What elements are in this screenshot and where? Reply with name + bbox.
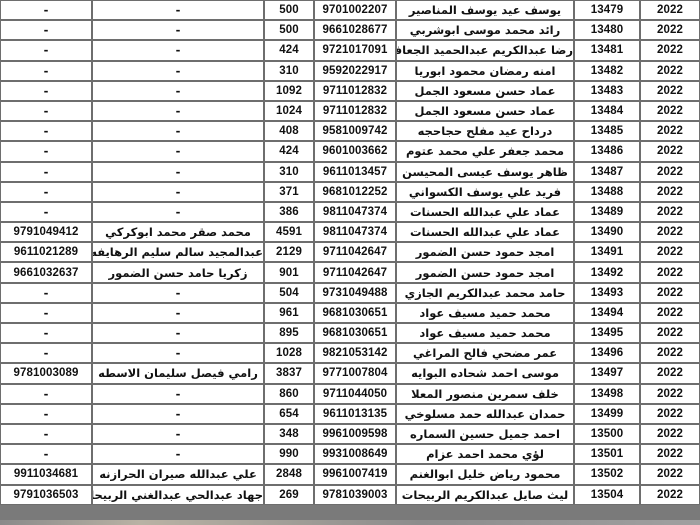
- amount-cell: 504: [264, 283, 314, 303]
- amount-cell: 310: [264, 61, 314, 81]
- table-row: --8959681030651محمد حميد مسيف عواد134952…: [0, 323, 700, 343]
- partner-national-id-cell: -: [0, 121, 92, 141]
- table-row: --3719681012252فريد علي يوسف الكسواني134…: [0, 182, 700, 202]
- year-cell: 2022: [640, 283, 700, 303]
- year-cell: 2022: [640, 222, 700, 242]
- name-cell: ليث صايل عبدالكريم الربيحات: [396, 485, 574, 505]
- amount-cell: 3837: [264, 363, 314, 383]
- table-row: --8609711044050خلف سمرين منصور المعلا134…: [0, 384, 700, 404]
- name-cell: حامد محمد عبدالكريم الجازي: [396, 283, 574, 303]
- serial-number-cell: 13494: [574, 303, 640, 323]
- table-row: 9911034681علي عبدالله صيران الحرازنه2848…: [0, 464, 700, 484]
- name-cell: محمد حميد مسيف عواد: [396, 323, 574, 343]
- partner-name-cell: -: [92, 61, 264, 81]
- partner-national-id-cell: -: [0, 141, 92, 161]
- table-body: --5009701002207يوسف عيد يوسف المناصير134…: [0, 0, 700, 505]
- amount-cell: 961: [264, 303, 314, 323]
- table-row: --4249601003662محمد جعفر علي محمد عتوم13…: [0, 141, 700, 161]
- name-cell: امنه رمضان محمود ابوريا: [396, 61, 574, 81]
- amount-cell: 1092: [264, 81, 314, 101]
- partner-name-cell: -: [92, 162, 264, 182]
- year-cell: 2022: [640, 444, 700, 464]
- serial-number-cell: 13486: [574, 141, 640, 161]
- partner-national-id-cell: -: [0, 303, 92, 323]
- serial-number-cell: 13481: [574, 40, 640, 60]
- national-id-cell: 9611013457: [314, 162, 396, 182]
- national-id-cell: 9711042647: [314, 242, 396, 262]
- amount-cell: 860: [264, 384, 314, 404]
- name-cell: رضا عبدالكريم عبدالحميد الجعافره: [396, 40, 574, 60]
- partner-national-id-cell: -: [0, 444, 92, 464]
- partner-name-cell: جهاد عبدالحي عبدالغني الربيحات: [92, 485, 264, 505]
- table-row: --9909931008649لؤي محمد احمد عزام1350120…: [0, 444, 700, 464]
- serial-number-cell: 13482: [574, 61, 640, 81]
- serial-number-cell: 13504: [574, 485, 640, 505]
- year-cell: 2022: [640, 363, 700, 383]
- partner-name-cell: رامي فيصل سليمان الاسطه: [92, 363, 264, 383]
- national-id-cell: 9781039003: [314, 485, 396, 505]
- partner-name-cell: -: [92, 303, 264, 323]
- partner-name-cell: عبدالمجيد سالم سليم الرهايفه: [92, 242, 264, 262]
- table-row: --4249721017091رضا عبدالكريم عبدالحميد ا…: [0, 40, 700, 60]
- amount-cell: 310: [264, 162, 314, 182]
- partner-name-cell: -: [92, 343, 264, 363]
- national-id-cell: 9711042647: [314, 262, 396, 282]
- name-cell: امجد حمود حسن الضمور: [396, 242, 574, 262]
- name-cell: رائد محمد موسى ابوشربي: [396, 20, 574, 40]
- partner-name-cell: -: [92, 40, 264, 60]
- partner-national-id-cell: 9791036503: [0, 485, 92, 505]
- year-cell: 2022: [640, 323, 700, 343]
- name-cell: درداح عيد مفلح حجاحجه: [396, 121, 574, 141]
- table-row: --4089581009742درداح عيد مفلح حجاحجه1348…: [0, 121, 700, 141]
- partner-national-id-cell: 9661032637: [0, 262, 92, 282]
- national-id-cell: 9731049488: [314, 283, 396, 303]
- name-cell: يوسف عيد يوسف المناصير: [396, 0, 574, 20]
- serial-number-cell: 13480: [574, 20, 640, 40]
- year-cell: 2022: [640, 81, 700, 101]
- amount-cell: 424: [264, 141, 314, 161]
- partner-name-cell: -: [92, 444, 264, 464]
- amount-cell: 371: [264, 182, 314, 202]
- partner-name-cell: -: [92, 202, 264, 222]
- national-id-cell: 9961009598: [314, 424, 396, 444]
- national-id-cell: 9811047374: [314, 202, 396, 222]
- partner-national-id-cell: -: [0, 343, 92, 363]
- amount-cell: 348: [264, 424, 314, 444]
- national-id-cell: 9681030651: [314, 323, 396, 343]
- name-cell: ظاهر يوسف عيسى المحيسن: [396, 162, 574, 182]
- serial-number-cell: 13487: [574, 162, 640, 182]
- serial-number-cell: 13496: [574, 343, 640, 363]
- national-id-cell: 9592022917: [314, 61, 396, 81]
- partner-name-cell: -: [92, 20, 264, 40]
- partner-national-id-cell: -: [0, 20, 92, 40]
- year-cell: 2022: [640, 242, 700, 262]
- name-cell: خلف سمرين منصور المعلا: [396, 384, 574, 404]
- national-id-cell: 9711044050: [314, 384, 396, 404]
- partner-national-id-cell: -: [0, 424, 92, 444]
- amount-cell: 654: [264, 404, 314, 424]
- partner-national-id-cell: 9911034681: [0, 464, 92, 484]
- name-cell: محمد جعفر علي محمد عتوم: [396, 141, 574, 161]
- year-cell: 2022: [640, 202, 700, 222]
- table-row: 9791036503جهاد عبدالحي عبدالغني الربيحات…: [0, 485, 700, 505]
- table-row: 9611021289عبدالمجيد سالم سليم الرهايفه21…: [0, 242, 700, 262]
- partner-national-id-cell: -: [0, 81, 92, 101]
- serial-number-cell: 13479: [574, 0, 640, 20]
- document-sheet: --5009701002207يوسف عيد يوسف المناصير134…: [0, 0, 700, 525]
- partner-name-cell: علي عبدالله صيران الحرازنه: [92, 464, 264, 484]
- national-id-cell: 9701002207: [314, 0, 396, 20]
- table-row: 9781003089رامي فيصل سليمان الاسطه3837977…: [0, 363, 700, 383]
- amount-cell: 2848: [264, 464, 314, 484]
- serial-number-cell: 13493: [574, 283, 640, 303]
- year-cell: 2022: [640, 424, 700, 444]
- partner-national-id-cell: 9611021289: [0, 242, 92, 262]
- amount-cell: 990: [264, 444, 314, 464]
- name-cell: محمود رياض خليل ابوالغنم: [396, 464, 574, 484]
- national-id-cell: 9581009742: [314, 121, 396, 141]
- partner-national-id-cell: -: [0, 384, 92, 404]
- serial-number-cell: 13495: [574, 323, 640, 343]
- amount-cell: 269: [264, 485, 314, 505]
- table-row: --5009701002207يوسف عيد يوسف المناصير134…: [0, 0, 700, 20]
- serial-number-cell: 13485: [574, 121, 640, 141]
- national-id-cell: 9771007804: [314, 363, 396, 383]
- year-cell: 2022: [640, 61, 700, 81]
- name-cell: عماد علي عبدالله الحسنات: [396, 202, 574, 222]
- year-cell: 2022: [640, 384, 700, 404]
- amount-cell: 500: [264, 0, 314, 20]
- amount-cell: 2129: [264, 242, 314, 262]
- year-cell: 2022: [640, 182, 700, 202]
- national-id-cell: 9961007419: [314, 464, 396, 484]
- name-cell: حمدان عبدالله حمد مسلوخي: [396, 404, 574, 424]
- partner-national-id-cell: 9791049412: [0, 222, 92, 242]
- national-id-cell: 9611013135: [314, 404, 396, 424]
- national-id-cell: 9661028677: [314, 20, 396, 40]
- partner-name-cell: زكريا حامد حسن الضمور: [92, 262, 264, 282]
- table-row: --5009661028677رائد محمد موسى ابوشربي134…: [0, 20, 700, 40]
- year-cell: 2022: [640, 485, 700, 505]
- table-row: --3489961009598احمد جميل حسين السماره135…: [0, 424, 700, 444]
- partner-name-cell: -: [92, 182, 264, 202]
- national-id-cell: 9811047374: [314, 222, 396, 242]
- amount-cell: 1028: [264, 343, 314, 363]
- partner-name-cell: -: [92, 384, 264, 404]
- name-cell: عمر مضحي فالح المراغي: [396, 343, 574, 363]
- table-row: --10929711012832عماد حسن مسعود الجمل1348…: [0, 81, 700, 101]
- partner-name-cell: -: [92, 121, 264, 141]
- partner-national-id-cell: -: [0, 101, 92, 121]
- national-id-cell: 9681012252: [314, 182, 396, 202]
- serial-number-cell: 13501: [574, 444, 640, 464]
- year-cell: 2022: [640, 101, 700, 121]
- national-id-cell: 9681030651: [314, 303, 396, 323]
- partner-name-cell: -: [92, 404, 264, 424]
- partner-name-cell: -: [92, 424, 264, 444]
- national-id-cell: 9601003662: [314, 141, 396, 161]
- partner-national-id-cell: -: [0, 0, 92, 20]
- serial-number-cell: 13497: [574, 363, 640, 383]
- partner-national-id-cell: -: [0, 40, 92, 60]
- name-cell: عماد حسن مسعود الجمل: [396, 101, 574, 121]
- table-row: 9661032637زكريا حامد حسن الضمور901971104…: [0, 262, 700, 282]
- national-id-cell: 9721017091: [314, 40, 396, 60]
- year-cell: 2022: [640, 404, 700, 424]
- partner-national-id-cell: -: [0, 162, 92, 182]
- partner-name-cell: محمد صقر محمد ابوكركي: [92, 222, 264, 242]
- table-row: --9619681030651محمد حميد مسيف عواد134942…: [0, 303, 700, 323]
- year-cell: 2022: [640, 343, 700, 363]
- partner-national-id-cell: -: [0, 202, 92, 222]
- table-row: --10289821053142عمر مضحي فالح المراغي134…: [0, 343, 700, 363]
- table-row: --6549611013135حمدان عبدالله حمد مسلوخي1…: [0, 404, 700, 424]
- table-row: --5049731049488حامد محمد عبدالكريم الجاز…: [0, 283, 700, 303]
- year-cell: 2022: [640, 464, 700, 484]
- partner-name-cell: -: [92, 81, 264, 101]
- name-cell: محمد حميد مسيف عواد: [396, 303, 574, 323]
- serial-number-cell: 13498: [574, 384, 640, 404]
- serial-number-cell: 13500: [574, 424, 640, 444]
- serial-number-cell: 13499: [574, 404, 640, 424]
- serial-number-cell: 13502: [574, 464, 640, 484]
- serial-number-cell: 13489: [574, 202, 640, 222]
- national-id-cell: 9821053142: [314, 343, 396, 363]
- table-row: --10249711012832عماد حسن مسعود الجمل1348…: [0, 101, 700, 121]
- table-row: --3869811047374عماد علي عبدالله الحسنات1…: [0, 202, 700, 222]
- year-cell: 2022: [640, 0, 700, 20]
- name-cell: فريد علي يوسف الكسواني: [396, 182, 574, 202]
- table-row: --3109611013457ظاهر يوسف عيسى المحيسن134…: [0, 162, 700, 182]
- serial-number-cell: 13491: [574, 242, 640, 262]
- name-cell: احمد جميل حسين السماره: [396, 424, 574, 444]
- amount-cell: 1024: [264, 101, 314, 121]
- national-id-cell: 9711012832: [314, 101, 396, 121]
- partner-name-cell: -: [92, 0, 264, 20]
- partner-name-cell: -: [92, 323, 264, 343]
- name-cell: عماد حسن مسعود الجمل: [396, 81, 574, 101]
- national-id-cell: 9931008649: [314, 444, 396, 464]
- serial-number-cell: 13492: [574, 262, 640, 282]
- partner-national-id-cell: -: [0, 404, 92, 424]
- amount-cell: 386: [264, 202, 314, 222]
- serial-number-cell: 13488: [574, 182, 640, 202]
- partner-name-cell: -: [92, 283, 264, 303]
- data-table: --5009701002207يوسف عيد يوسف المناصير134…: [0, 0, 700, 505]
- serial-number-cell: 13484: [574, 101, 640, 121]
- partner-name-cell: -: [92, 101, 264, 121]
- name-cell: عماد علي عبدالله الحسنات: [396, 222, 574, 242]
- partner-name-cell: -: [92, 141, 264, 161]
- partner-national-id-cell: 9781003089: [0, 363, 92, 383]
- name-cell: لؤي محمد احمد عزام: [396, 444, 574, 464]
- year-cell: 2022: [640, 162, 700, 182]
- partner-national-id-cell: -: [0, 182, 92, 202]
- year-cell: 2022: [640, 121, 700, 141]
- amount-cell: 424: [264, 40, 314, 60]
- partner-national-id-cell: -: [0, 283, 92, 303]
- partner-national-id-cell: -: [0, 61, 92, 81]
- national-id-cell: 9711012832: [314, 81, 396, 101]
- year-cell: 2022: [640, 262, 700, 282]
- name-cell: امجد حمود حسن الضمور: [396, 262, 574, 282]
- amount-cell: 895: [264, 323, 314, 343]
- partner-national-id-cell: -: [0, 323, 92, 343]
- table-row: 9791049412محمد صقر محمد ابوكركي459198110…: [0, 222, 700, 242]
- serial-number-cell: 13490: [574, 222, 640, 242]
- year-cell: 2022: [640, 141, 700, 161]
- photo-edge-strip: [0, 520, 700, 525]
- year-cell: 2022: [640, 303, 700, 323]
- amount-cell: 500: [264, 20, 314, 40]
- table-row: --3109592022917امنه رمضان محمود ابوريا13…: [0, 61, 700, 81]
- amount-cell: 901: [264, 262, 314, 282]
- year-cell: 2022: [640, 20, 700, 40]
- amount-cell: 408: [264, 121, 314, 141]
- amount-cell: 4591: [264, 222, 314, 242]
- serial-number-cell: 13483: [574, 81, 640, 101]
- year-cell: 2022: [640, 40, 700, 60]
- name-cell: موسى احمد شحاده البوايه: [396, 363, 574, 383]
